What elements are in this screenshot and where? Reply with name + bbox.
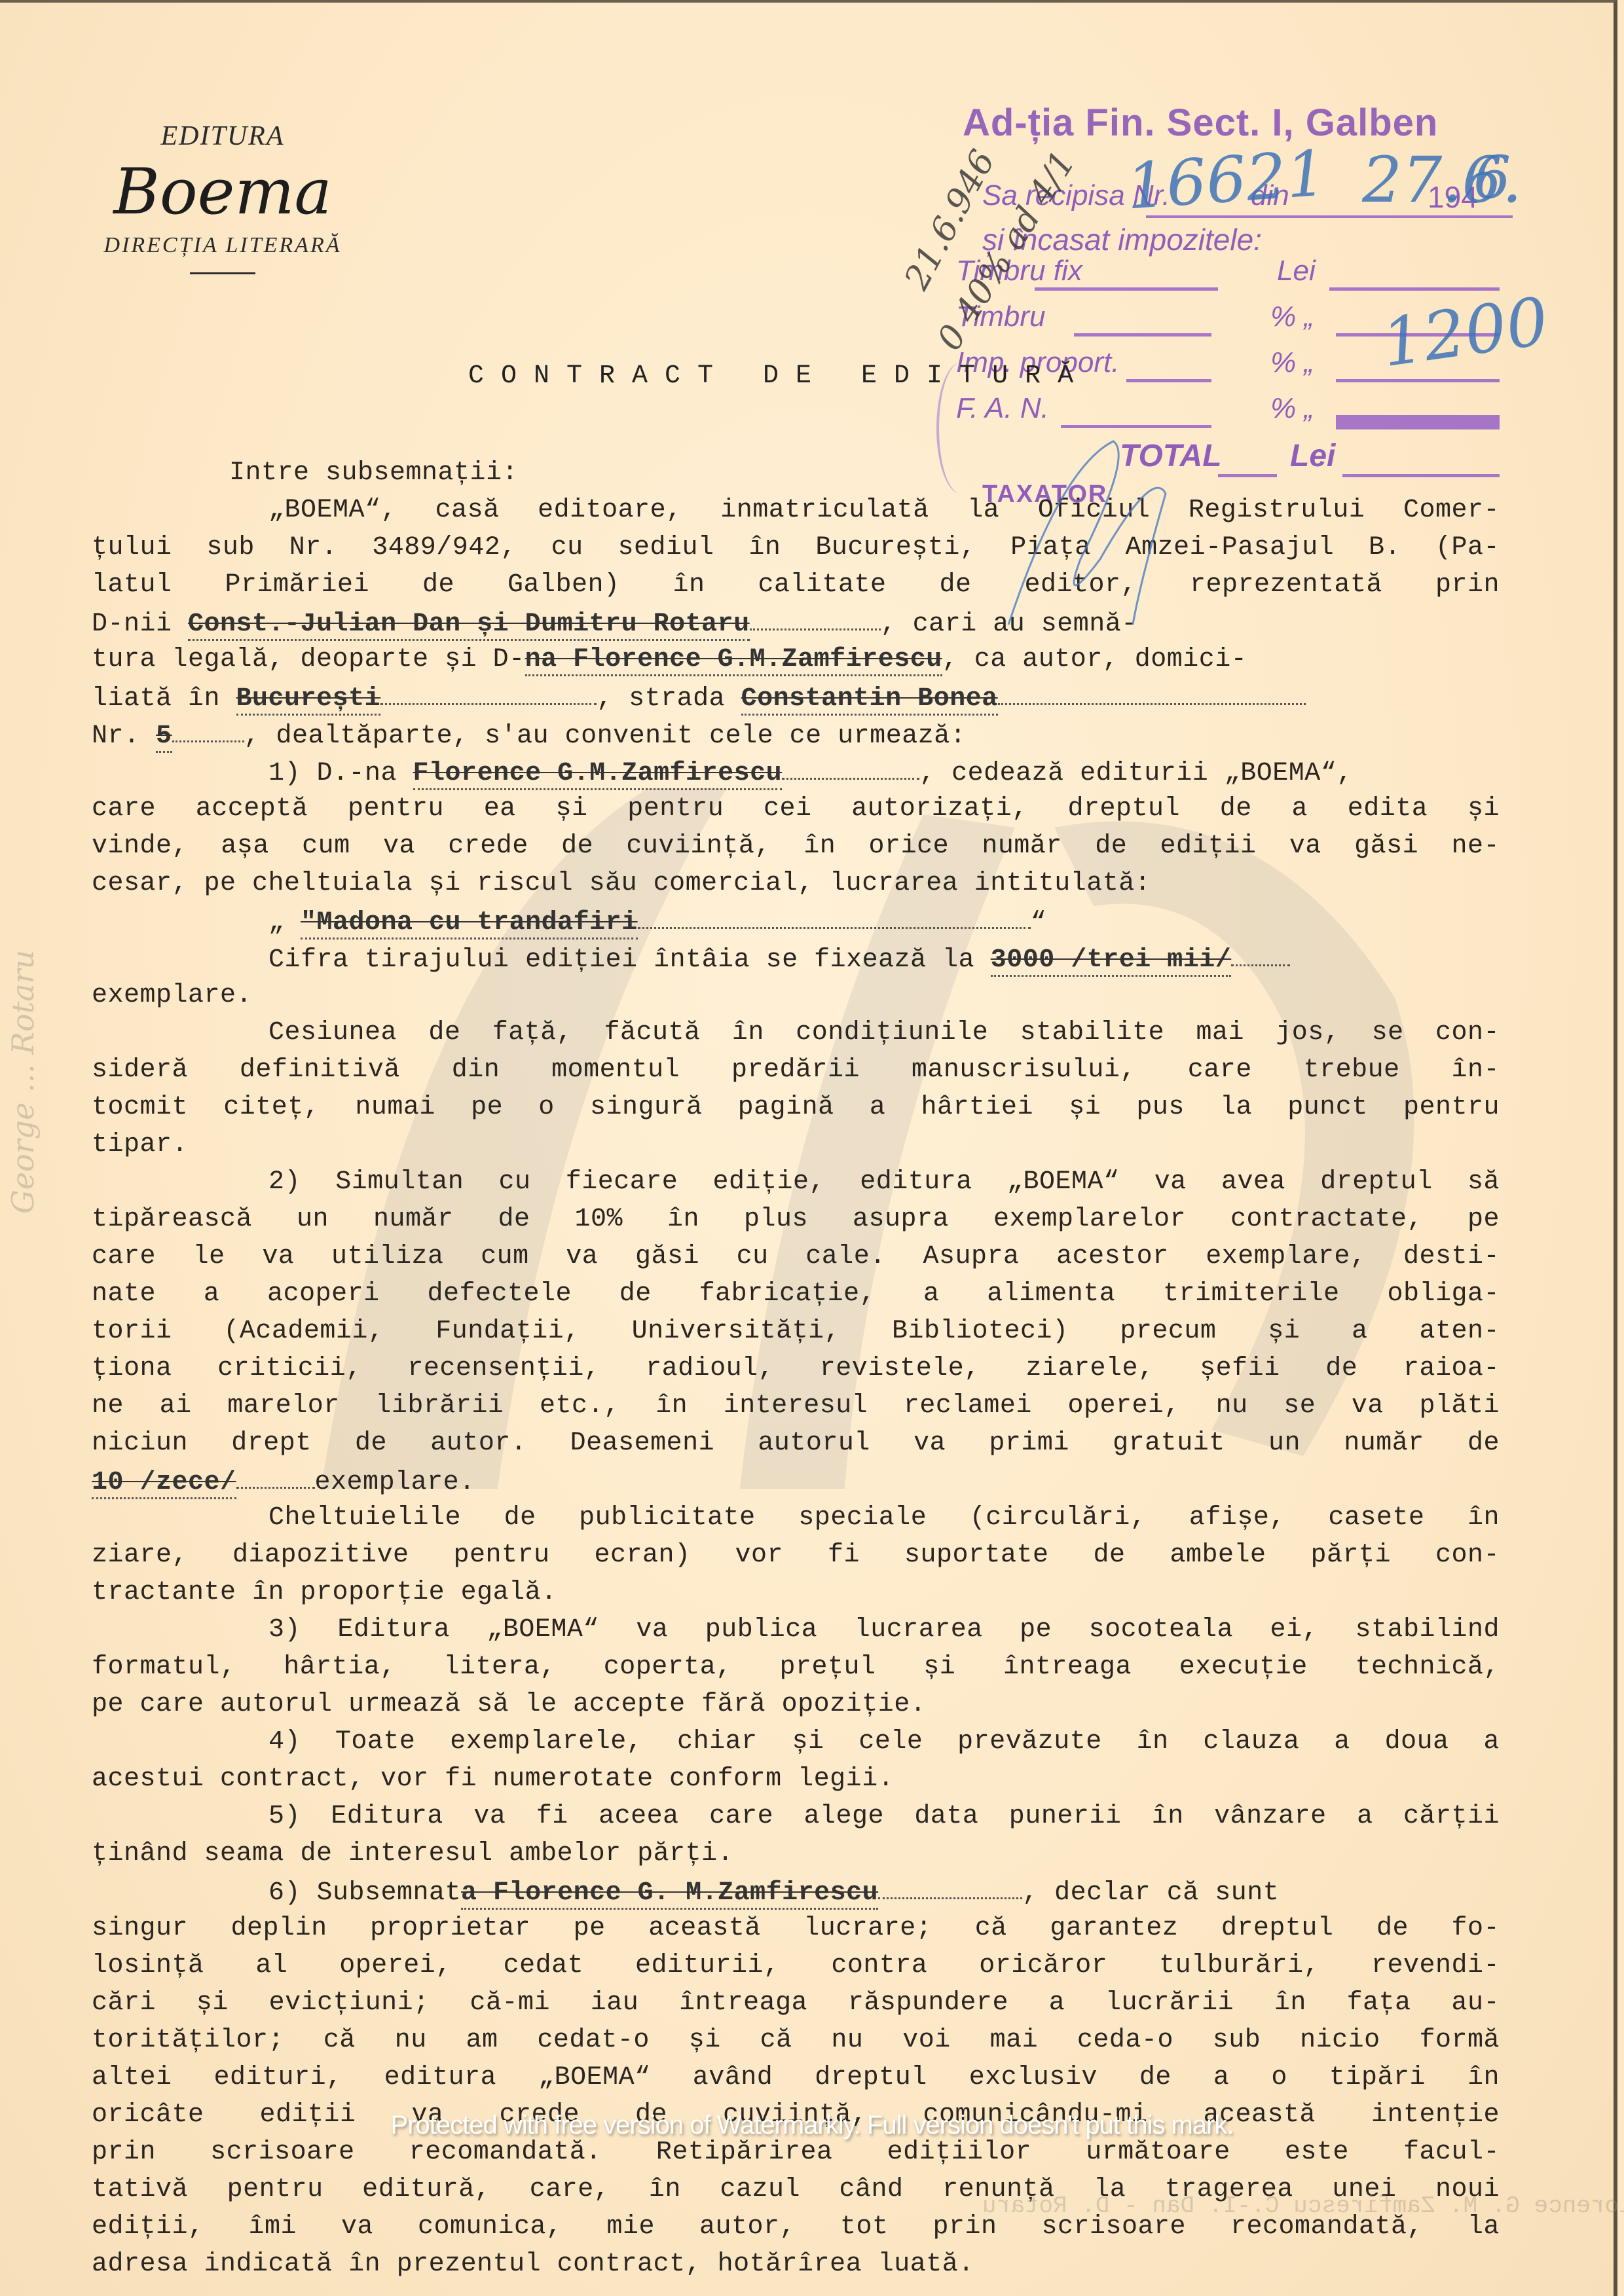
free-copies-field: 10 /zece/	[92, 1468, 236, 1499]
watermark-notice: Protected with free version of Watermark…	[0, 2111, 1624, 2140]
text-line: 1) D.-na Florence G.M.Zamfirescu, cedeaz…	[92, 753, 1500, 790]
letterhead-rule	[190, 272, 255, 274]
work-title-field: "Madona cu trandafiri	[301, 908, 638, 939]
bleed-through-signatures: Florence G. M. Zamfirescu C.-I. Dan - D.…	[982, 2193, 1624, 2219]
fill-dots	[998, 678, 1306, 705]
text-line: care acceptă pentru ea și pentru cei aut…	[92, 790, 1500, 828]
text-line: tipărească un număr de 10% în plus asupr…	[92, 1201, 1500, 1238]
text-line: Nr. 5, dealtăparte, s'au convenit cele c…	[92, 716, 1500, 753]
publisher-label: EDITURA	[85, 120, 360, 152]
text-segment: 6) Subsemnat	[268, 1878, 461, 1908]
stamp-row-unit: % „	[1270, 346, 1314, 379]
text-line: 4) Toate exemplarele, chiar și cele prev…	[92, 1723, 1500, 1760]
stamp-rule	[1336, 379, 1500, 382]
margin-pencil-note: George ... Rotaru	[5, 950, 41, 1214]
text-segment: , cedează editurii „BOEMA“,	[919, 759, 1353, 788]
text-line: ționa criticii, recensenții, radioul, re…	[92, 1350, 1500, 1387]
text-line: niciun drept de autor. Deasemeni autorul…	[92, 1425, 1500, 1462]
text-line: „ "Madona cu trandafiri“	[92, 902, 1500, 939]
text-line: acestui contract, vor fi numerotate conf…	[92, 1760, 1500, 1798]
text-line: cări și evicțiuni; că-mi iau întreaga ră…	[92, 1984, 1500, 2022]
text-line: torii (Academii, Fundații, Universități,…	[92, 1313, 1500, 1350]
text-line: 2) Simultan cu fiecare ediție, editura „…	[92, 1163, 1500, 1201]
text-segment: D-nii	[92, 610, 188, 639]
text-line: nate a acoperi defectele de fabricație, …	[92, 1275, 1500, 1313]
text-segment: tura legală, deoparte și D-	[92, 645, 525, 674]
text-segment: „	[268, 908, 301, 938]
text-line: ziare, diapozitive pentru ecran) vor fi …	[92, 1537, 1500, 1574]
representatives-field: Const.-Julian Dan și Dumitru Rotaru	[188, 610, 750, 641]
text-line: Intre subsemnații:	[92, 454, 1500, 492]
stamp-rule	[1126, 379, 1211, 382]
fill-dots	[236, 1462, 315, 1489]
text-segment: , ca autor, domici-	[942, 645, 1247, 674]
text-line: tura legală, deoparte și D-na Florence G…	[92, 641, 1500, 678]
text-line: pe care autorul urmează să le accepte fă…	[92, 1686, 1500, 1723]
text-line: 10 /zece/exemplare.	[92, 1462, 1500, 1499]
department-label: DIRECȚIA LITERARĂ	[85, 233, 360, 258]
text-segment: Nr.	[92, 721, 156, 751]
clause1-author-field: Florence G.M.Zamfirescu	[413, 759, 783, 790]
text-segment: , strada	[597, 684, 741, 714]
fill-dots	[878, 1872, 1022, 1899]
text-line: formatul, hârtia, litera, coperta, prețu…	[92, 1649, 1500, 1686]
document-title: CONTRACT DE EDITURĂ	[468, 361, 1090, 391]
letterhead: EDITURA Boema DIRECȚIA LITERARĂ	[85, 120, 360, 274]
text-segment: Cifra tirajului ediției întâia se fixeaz…	[268, 945, 991, 975]
fill-dots	[638, 902, 1031, 929]
text-line: Cifra tirajului ediției întâia se fixeaz…	[92, 939, 1500, 977]
signature-scribble-icon	[982, 428, 1244, 638]
text-line: țului sub Nr. 3489/942, cu sediul în Buc…	[92, 529, 1500, 566]
fill-dots	[380, 678, 597, 705]
text-line: singur deplin proprietar pe această lucr…	[92, 1910, 1500, 1947]
text-line: exemplare.	[92, 977, 1500, 1014]
text-line: cesar, pe cheltuiala și riscul său comer…	[92, 865, 1500, 902]
stamp-rule	[1035, 287, 1218, 291]
handwritten-year: 6	[1473, 143, 1511, 212]
text-line: losință al operei, cedat editurii, contr…	[92, 1947, 1500, 1984]
text-line: 6) Subsemnata Florence G. M.Zamfirescu, …	[92, 1872, 1500, 1910]
text-segment: exemplare.	[315, 1468, 475, 1497]
text-line: 3) Editura „BOEMA“ va publica lucrarea p…	[92, 1611, 1500, 1649]
document-page: EDITURA Boema DIRECȚIA LITERARĂ Ad-ția F…	[0, 0, 1617, 2296]
text-line: latul Primăriei de Galben) în calitate d…	[92, 566, 1500, 604]
text-segment: liată în	[92, 684, 236, 714]
text-line: ne ai marelor librării etc., în interesu…	[92, 1387, 1500, 1425]
city-field: București	[236, 684, 381, 716]
text-line: ținând seama de interesul ambelor părți.	[92, 1835, 1500, 1872]
text-line: tocmit citeț, numai pe o singură pagină …	[92, 1089, 1500, 1126]
street-field: Constantin Bonea	[741, 684, 998, 716]
stamp-rule	[1336, 415, 1500, 429]
text-line: Cesiunea de față, făcută în condițiunile…	[92, 1014, 1500, 1051]
text-line: Cheltuielile de publicitate speciale (ci…	[92, 1499, 1500, 1537]
text-line: liată în București, strada Constantin Bo…	[92, 678, 1500, 716]
text-line: vinde, așa cum va crede de cuviință, în …	[92, 828, 1500, 865]
text-line: 5) Editura va fi aceea care alege data p…	[92, 1798, 1500, 1835]
text-line: sideră definitivă din momentul predării …	[92, 1051, 1500, 1089]
text-segment: 1) D.-na	[268, 759, 413, 788]
text-line: care le va utiliza cum va găsi cu cale. …	[92, 1238, 1500, 1275]
fill-dots	[750, 604, 881, 630]
stamp-row-unit: % „	[1270, 301, 1314, 333]
fill-dots	[172, 716, 244, 742]
author-field: na Florence G.M.Zamfirescu	[525, 645, 942, 676]
text-line: adresa indicată în prezentul contract, h…	[92, 2246, 1500, 2283]
brand-logo: Boema	[85, 156, 360, 228]
handwritten-receipt-number: 16621	[1124, 136, 1328, 223]
contract-body: Intre subsemnații: „BOEMA“, casă editoar…	[92, 454, 1500, 2283]
fill-dots	[782, 753, 919, 780]
fill-dots	[1231, 939, 1290, 966]
text-line: tractante în proporție egală.	[92, 1574, 1500, 1611]
print-run-field: 3000 /trei mii/	[991, 945, 1232, 977]
clause6-author-field: a Florence G. M.Zamfirescu	[461, 1878, 878, 1910]
text-line: tipar.	[92, 1126, 1500, 1163]
street-number-field: 5	[156, 721, 172, 753]
stamp-rule	[1329, 287, 1500, 291]
text-segment: “	[1031, 908, 1047, 938]
stamp-office: Ad-ția Fin. Sect. I, Galben	[963, 101, 1438, 145]
stamp-row-unit: Lei	[1277, 255, 1316, 287]
stamp-rule	[1074, 333, 1211, 337]
text-line: „BOEMA“, casă editoare, inmatriculată la…	[92, 492, 1500, 529]
text-line: altei edituri, editura „BOEMA“ având dre…	[92, 2059, 1500, 2096]
stamp-row-unit: % „	[1270, 392, 1314, 425]
text-line: D-nii Const.-Julian Dan și Dumitru Rotar…	[92, 604, 1500, 641]
text-line: torităților; că nu am cedat-o și că nu v…	[92, 2022, 1500, 2059]
text-segment: , dealtăparte, s'au convenit cele ce urm…	[244, 721, 967, 751]
text-segment: , declar că sunt	[1022, 1878, 1279, 1908]
